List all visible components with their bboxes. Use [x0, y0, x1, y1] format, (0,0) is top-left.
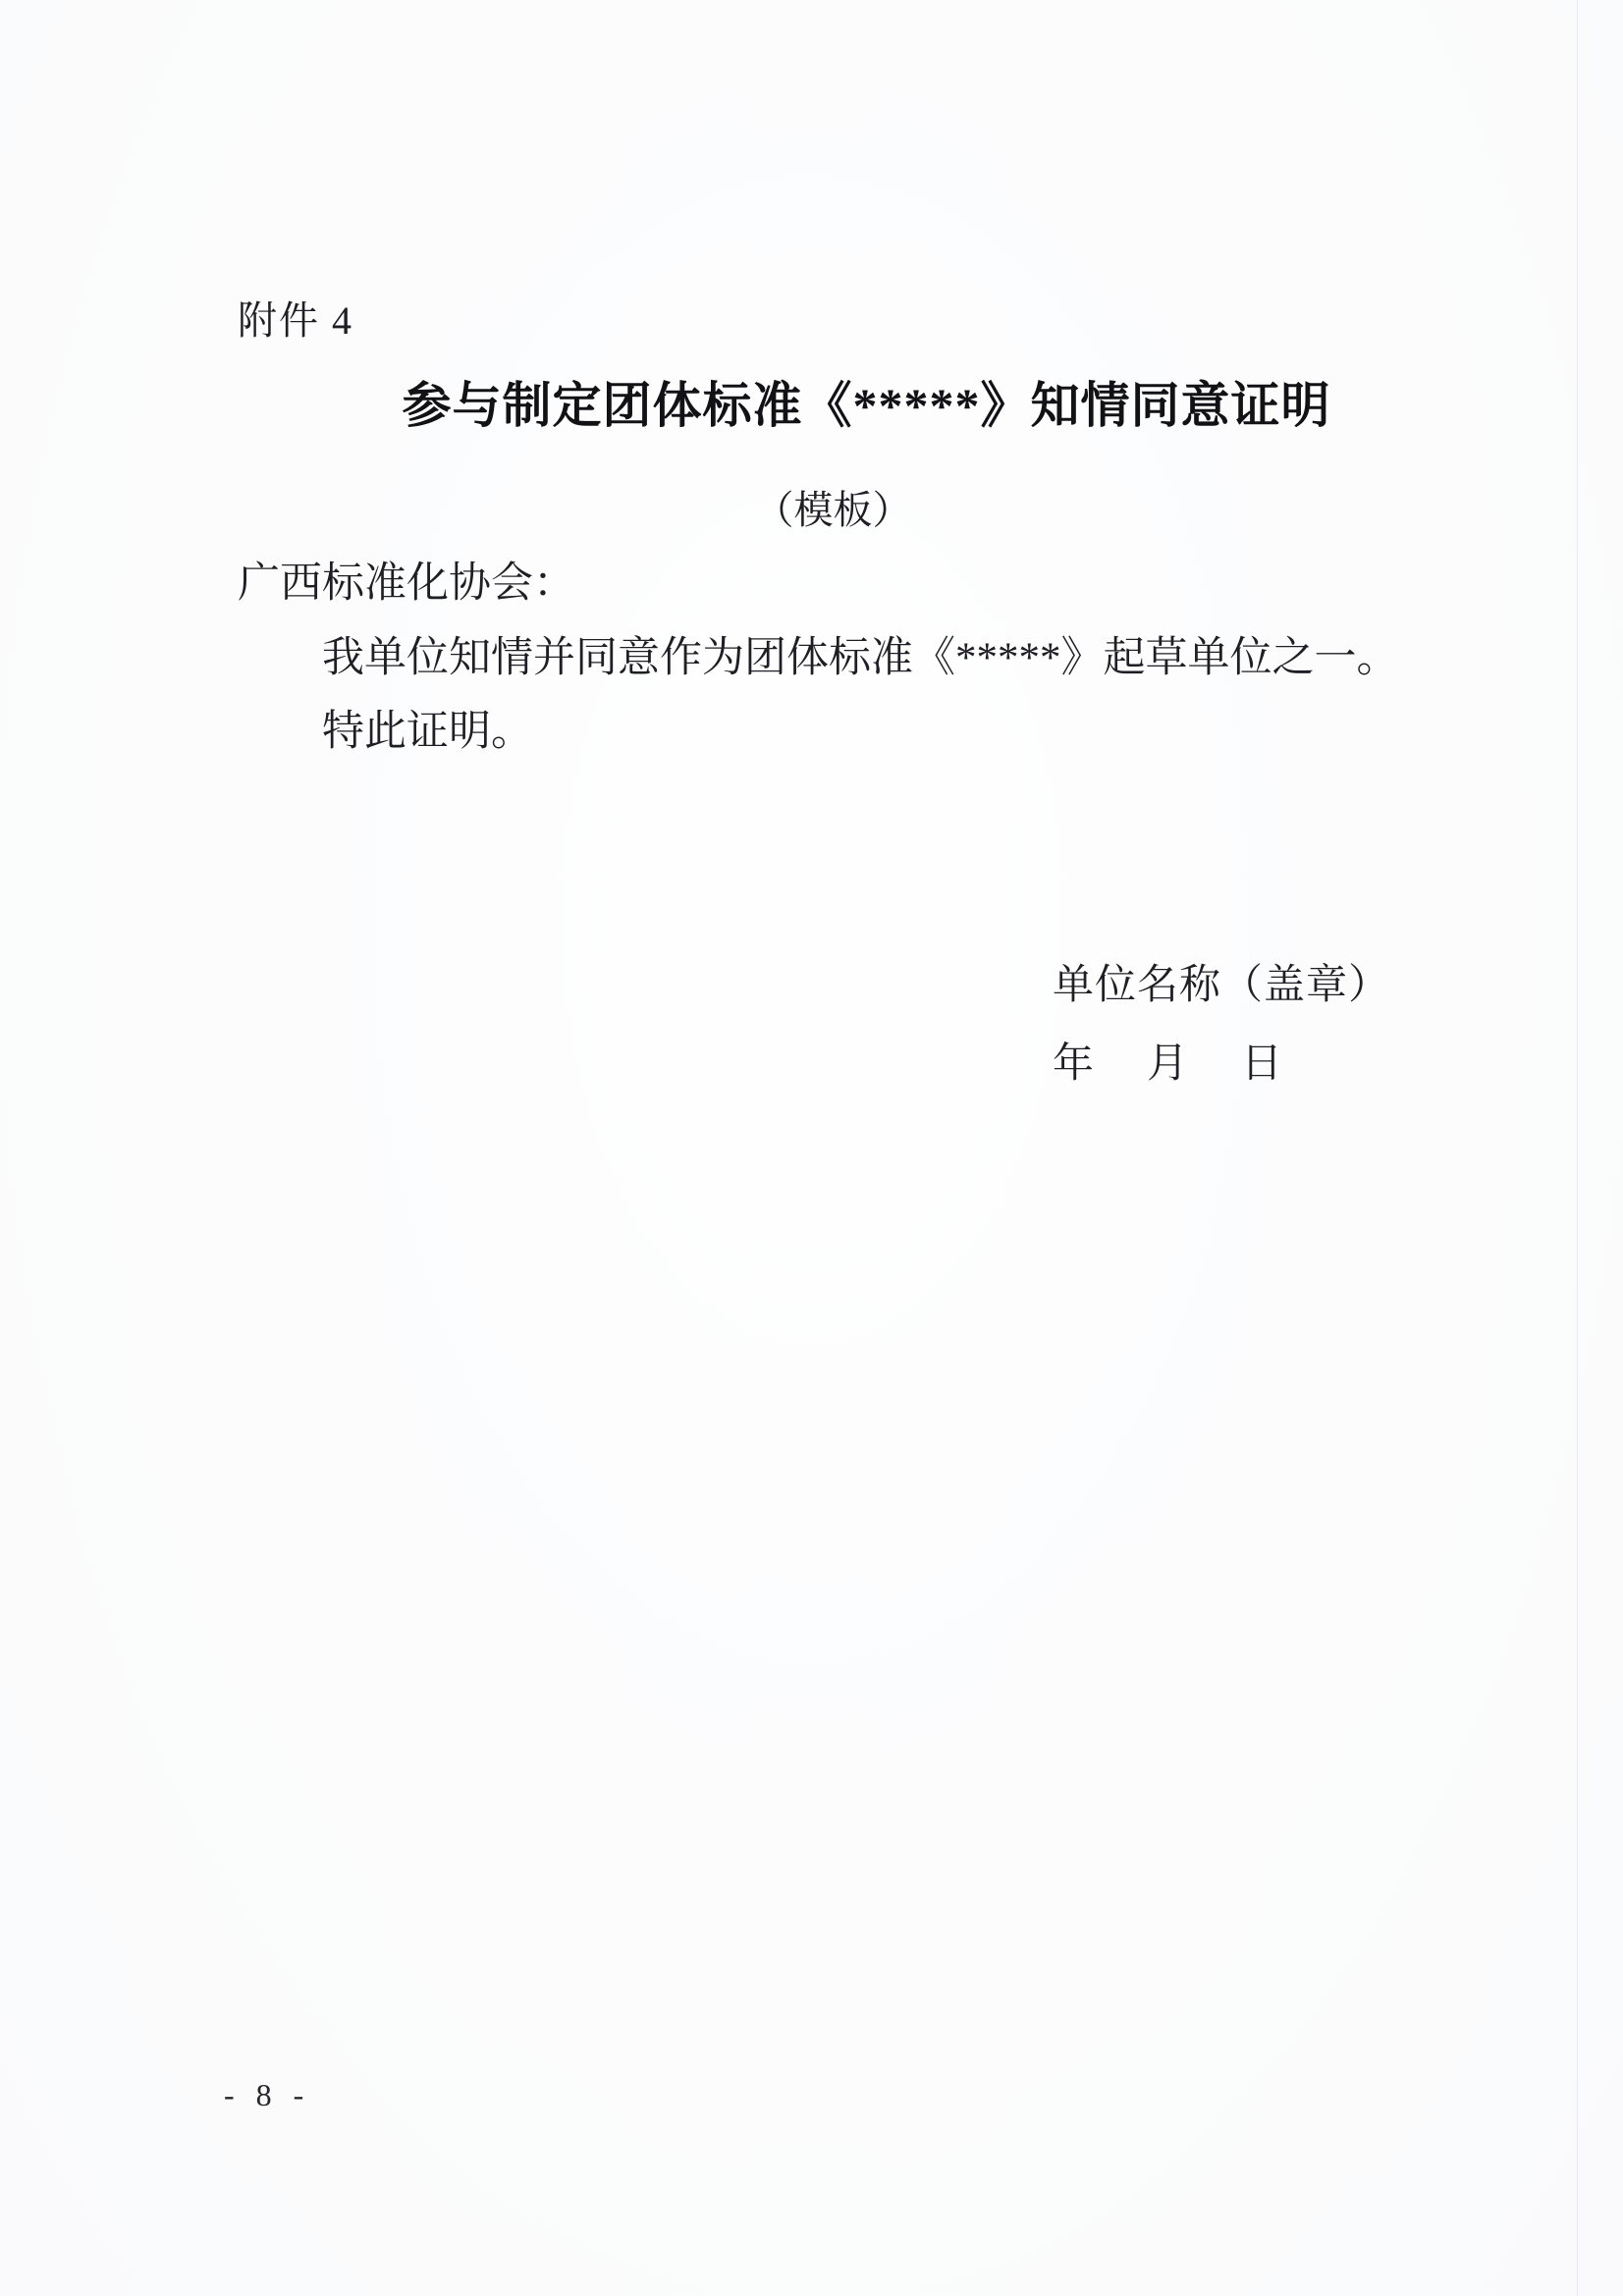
page-number: - 8 - — [224, 2077, 310, 2114]
document-page: 附件 4 参与制定团体标准《*****》知情同意证明 （模板） 广西标准化协会：… — [0, 0, 1623, 2296]
body-paragraph: 特此证明。 — [238, 708, 1445, 758]
signature-date-line: 年 月 日 — [1053, 1041, 1288, 1090]
attachment-label: 附件 4 — [238, 297, 353, 344]
signature-org-line: 单位名称（盖章） — [1053, 962, 1390, 1011]
scan-edge-artifact — [1577, 0, 1578, 2296]
salutation: 广西标准化协会： — [238, 560, 575, 610]
document-title: 参与制定团体标准《*****》知情同意证明 — [55, 377, 1623, 435]
body-paragraph: 我单位知情并同意作为团体标准《*****》起草单位之一。 — [238, 634, 1445, 684]
document-subtitle: （模板） — [22, 487, 1623, 533]
